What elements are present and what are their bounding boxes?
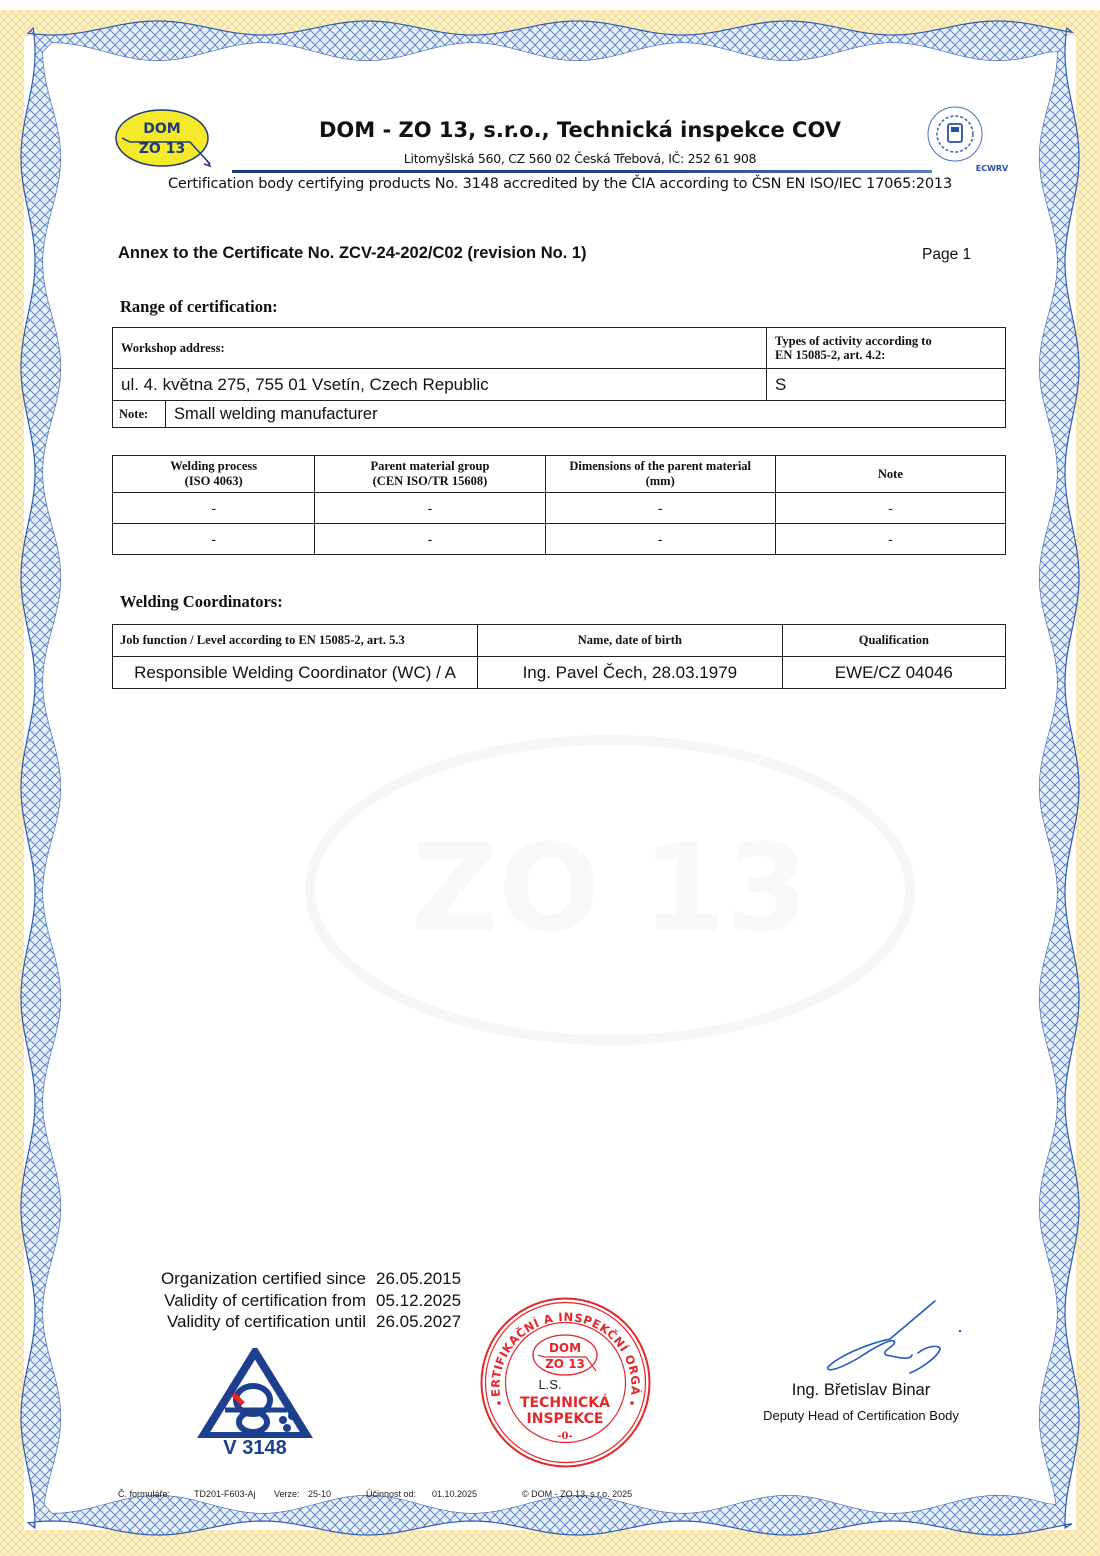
validity-block: Organization certified since26.05.2015 V…: [138, 1268, 476, 1333]
svg-text:INSPEKCE: INSPEKCE: [527, 1411, 604, 1427]
process-header: Welding process(ISO 4063): [113, 456, 315, 493]
effective-label: Účinnost od:: [366, 1489, 432, 1499]
coordinator-name: Ing. Pavel Čech, 28.03.1979: [478, 657, 783, 689]
process-table: Welding process(ISO 4063) Parent materia…: [112, 455, 1006, 555]
workshop-header: Workshop address:: [113, 328, 767, 369]
header-divider: [232, 170, 932, 173]
svg-text:ZO 13: ZO 13: [545, 1357, 585, 1371]
table-row: - - - -: [113, 524, 1006, 555]
dom-zo13-logo: DOM ZO 13: [112, 108, 224, 170]
page-number: Page 1: [922, 246, 971, 264]
svg-text:ECWRV: ECWRV: [976, 164, 1009, 173]
form-value: TD201-F603-Aj: [194, 1489, 274, 1499]
material-group-header: Parent material group(CEN ISO/TR 15608): [315, 456, 545, 493]
job-function: Responsible Welding Coordinator (WC) / A: [113, 657, 478, 689]
company-title: DOM - ZO 13, s.r.o., Technická inspekce …: [300, 118, 860, 142]
validity-value: 05.12.2025: [376, 1290, 476, 1312]
company-address: Litomyšlská 560, CZ 560 02 Česká Třebová…: [300, 151, 860, 166]
svg-text:ZO 13: ZO 13: [139, 141, 185, 157]
svg-text:L.S.: L.S.: [538, 1377, 561, 1392]
cell: -: [315, 524, 545, 555]
svg-text:DOM: DOM: [143, 121, 180, 137]
svg-text:DOM: DOM: [549, 1341, 581, 1355]
version-value: 25-10: [308, 1489, 366, 1499]
table-row: - - - -: [113, 493, 1006, 524]
cell: -: [775, 493, 1005, 524]
form-label: Č. formuláře:: [118, 1489, 194, 1499]
annex-title: Annex to the Certificate No. ZCV-24-202/…: [118, 244, 587, 263]
note-header: Note: [775, 456, 1005, 493]
activity-header: Types of activity according toEN 15085-2…: [767, 328, 1006, 369]
job-function-header: Job function / Level according to EN 150…: [113, 625, 478, 657]
cell: -: [113, 524, 315, 555]
cell: -: [545, 524, 775, 555]
validity-label: Validity of certification until: [138, 1311, 376, 1333]
cell: -: [315, 493, 545, 524]
signature: [800, 1295, 970, 1375]
cell: -: [113, 493, 315, 524]
range-section-title: Range of certification:: [120, 297, 278, 317]
effective-value: 01.10.2025: [432, 1489, 522, 1499]
coordinators-section-title: Welding Coordinators:: [120, 592, 283, 612]
qualification-header: Qualification: [782, 625, 1005, 657]
validity-value: 26.05.2015: [376, 1268, 476, 1290]
validity-label: Organization certified since: [138, 1268, 376, 1290]
cia-code: V 3148: [195, 1437, 315, 1460]
dimensions-header: Dimensions of the parent material(mm): [545, 456, 775, 493]
name-header: Name, date of birth: [478, 625, 783, 657]
qualification: EWE/CZ 04046: [782, 657, 1005, 689]
form-footer: Č. formuláře: TD201-F603-Aj Verze: 25-10…: [118, 1489, 632, 1499]
official-stamp: CERTIFIKAČNÍ A INSPEKČNÍ ORGÁN DOM ZO 13…: [478, 1295, 653, 1470]
validity-value: 26.05.2027: [376, 1311, 476, 1333]
activity-type: S: [767, 369, 1006, 401]
svg-text:-0-: -0-: [557, 1431, 572, 1442]
ecwrv-logo: ECWRV: [900, 104, 1010, 174]
svg-text:TECHNICKÁ: TECHNICKÁ: [520, 1394, 610, 1411]
cia-accreditation-logo: [195, 1348, 315, 1438]
validity-label: Validity of certification from: [138, 1290, 376, 1312]
coordinators-table: Job function / Level according to EN 150…: [112, 624, 1006, 689]
signer-name: Ing. Břetislav Binar: [750, 1381, 972, 1400]
cell: -: [545, 493, 775, 524]
copyright: © DOM - ZO 13, s.r.o. 2025: [522, 1489, 632, 1499]
table-row: Responsible Welding Coordinator (WC) / A…: [113, 657, 1006, 689]
range-table: Workshop address: Types of activity acco…: [112, 327, 1006, 428]
note-value: Small welding manufacturer: [166, 401, 1006, 428]
accreditation-statement: Certification body certifying products N…: [100, 176, 1020, 192]
cell: -: [775, 524, 1005, 555]
workshop-address: ul. 4. května 275, 755 01 Vsetín, Czech …: [113, 369, 767, 401]
version-label: Verze:: [274, 1489, 308, 1499]
signer-role: Deputy Head of Certification Body: [745, 1408, 977, 1423]
note-label: Note:: [113, 401, 166, 428]
